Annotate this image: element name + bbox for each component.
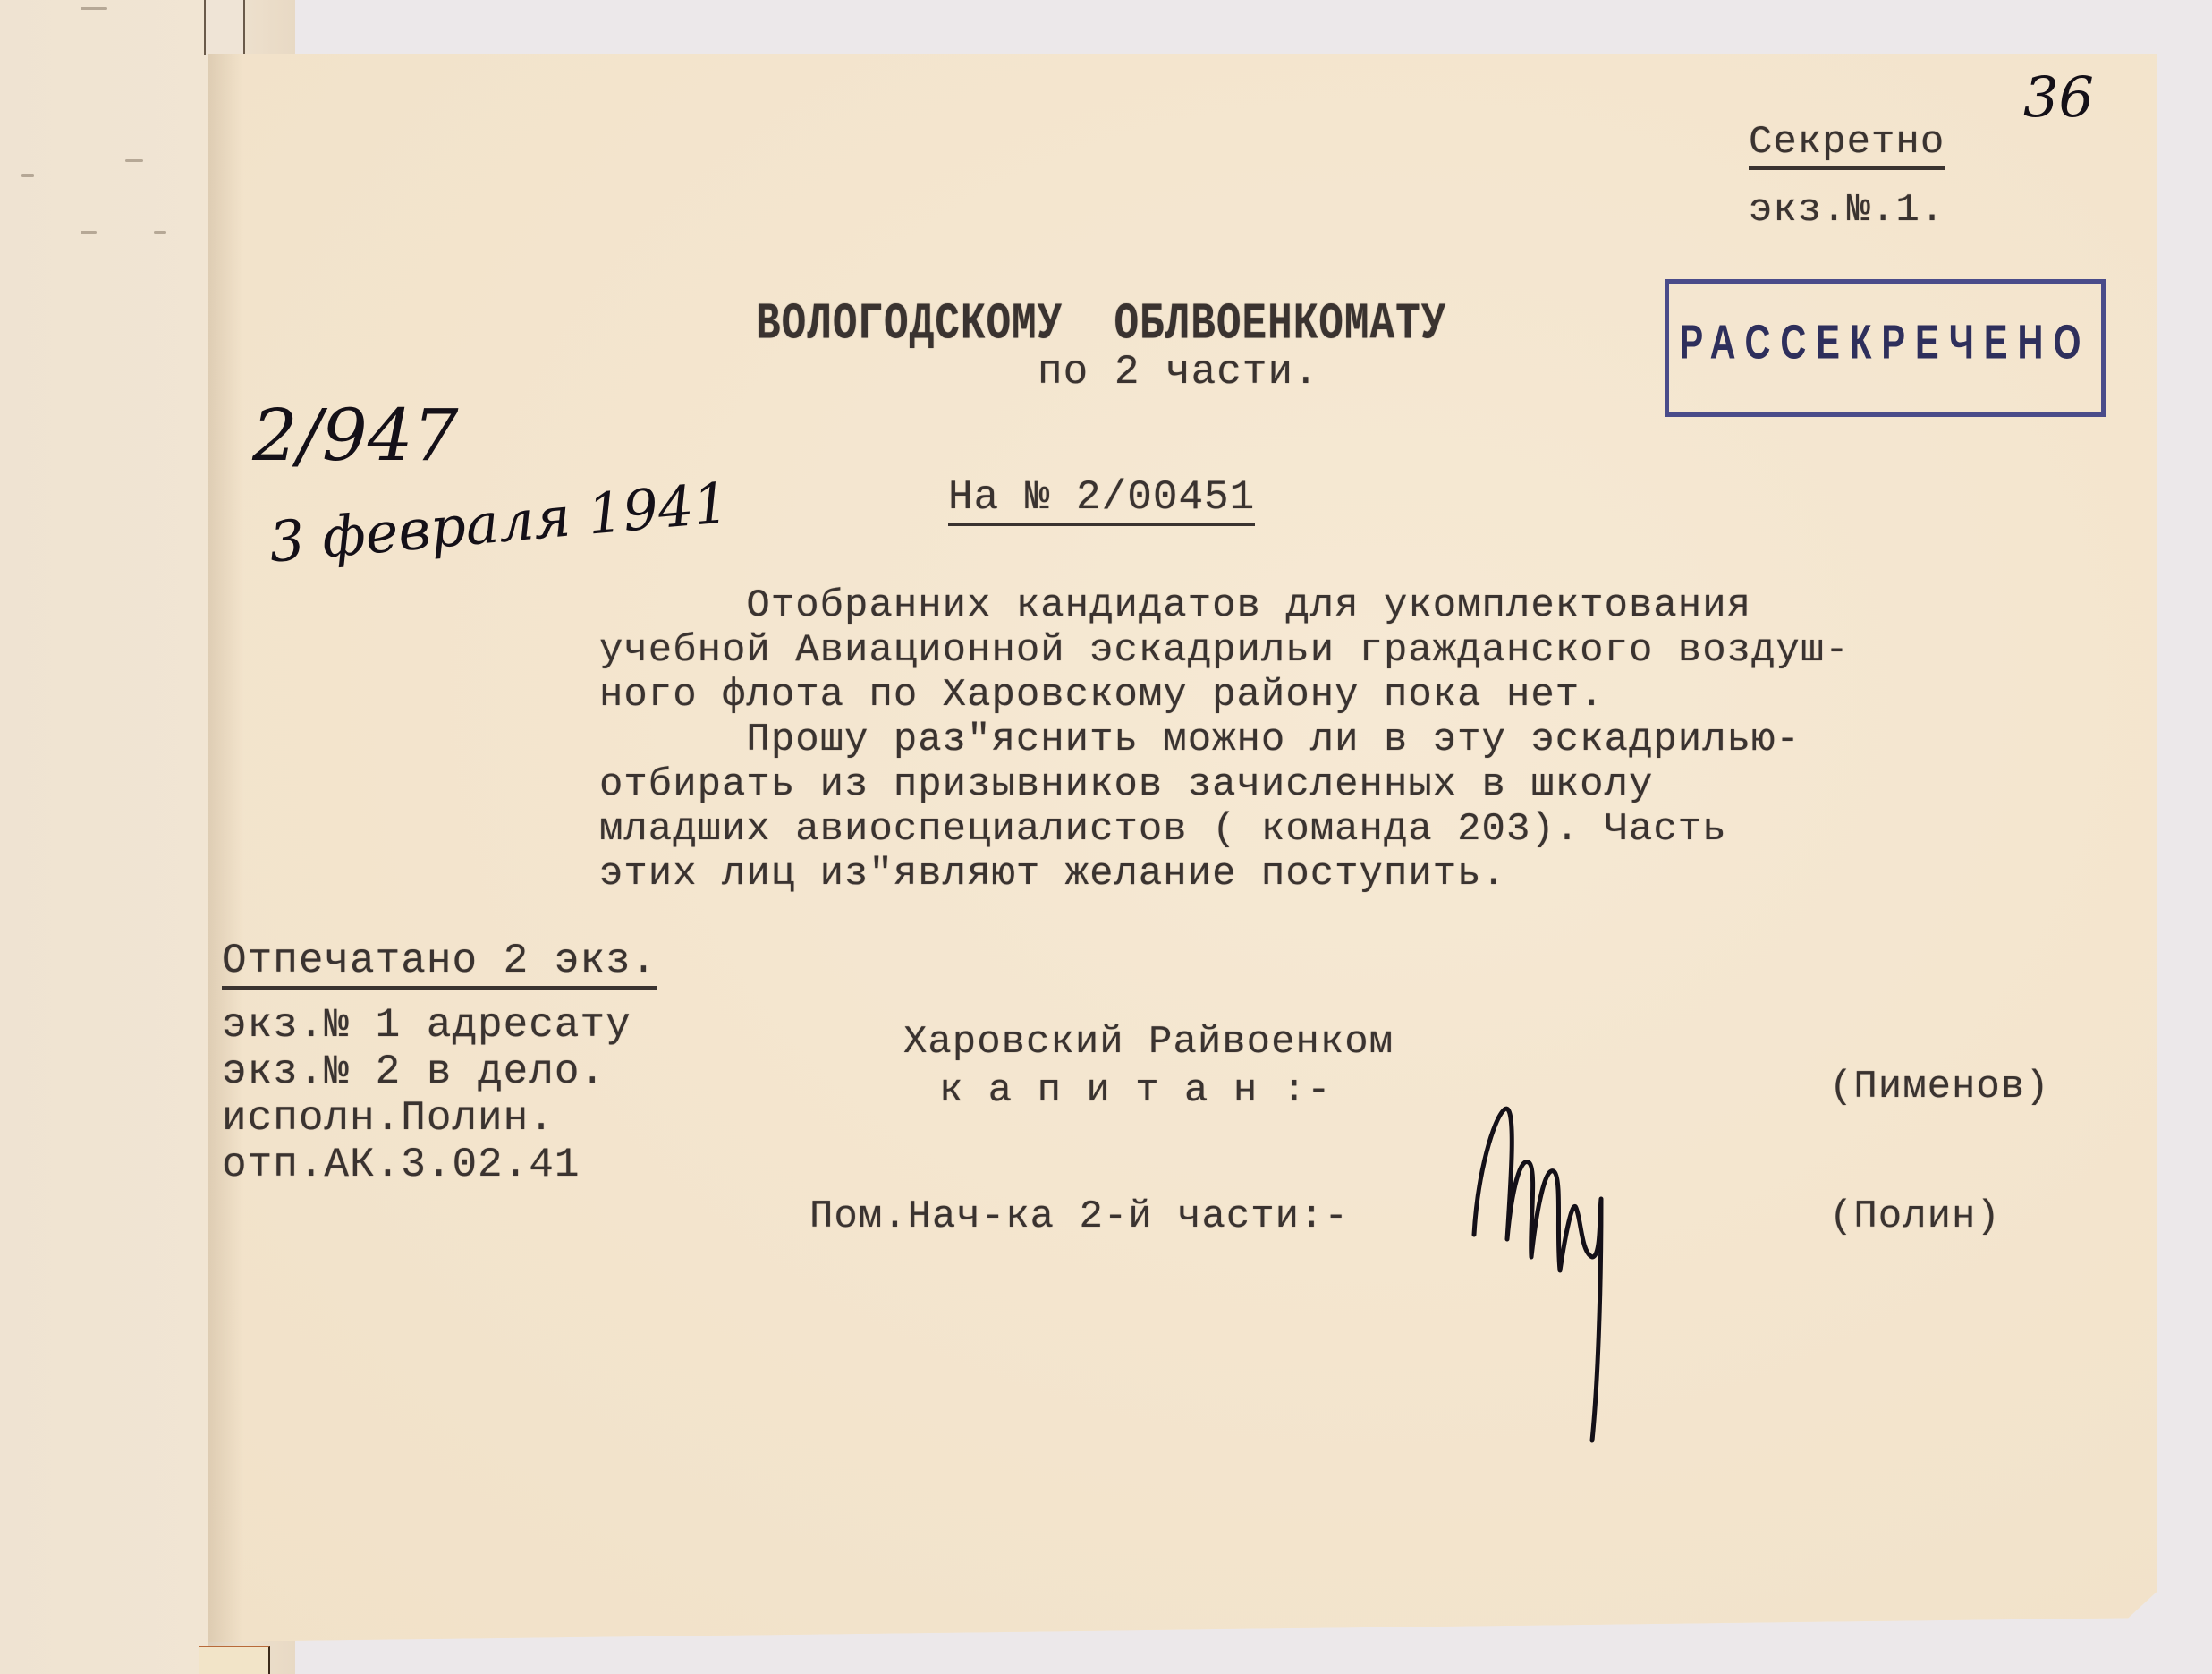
body-line: учебной Авиационной эскадрильи гражданск… xyxy=(599,628,1850,673)
reference-number: На № 2/00451 xyxy=(948,474,1255,526)
copies-printed: Отпечатано 2 экз. xyxy=(222,938,657,990)
addressee-line-2: по 2 части. xyxy=(1038,349,1319,395)
page-edge-strip xyxy=(204,0,245,55)
signatory-name: (Пименов) xyxy=(1829,1065,2050,1109)
body-line: ного флота по Харовскому району пока нет… xyxy=(599,673,1605,718)
stamp-text: РАССЕКРЕЧЕНО xyxy=(1669,316,2101,370)
body-line: этих лиц из"являют желание поступить. xyxy=(599,852,1506,896)
bleed-mark xyxy=(154,231,166,234)
body-line: младших авиоспециалистов ( команда 203).… xyxy=(599,807,1727,852)
distribution-line: экз.№ 1 адресату xyxy=(222,1002,631,1049)
classification-label: Секретно xyxy=(1749,120,1945,170)
body-line: Отобранних кандидатов для укомплектовани… xyxy=(599,583,1751,628)
signatory-title: Харовский Райвоенком xyxy=(903,1020,1394,1065)
signatory-title: Пом.Нач-ка 2-й части:- xyxy=(809,1194,1349,1239)
declassified-stamp: РАССЕКРЕЧЕНО xyxy=(1665,279,2106,417)
bleed-mark xyxy=(81,7,107,10)
bottom-tab xyxy=(199,1646,270,1674)
binding-fold xyxy=(208,54,243,1674)
signatory-rank: к а п и т а н :- xyxy=(939,1068,1331,1113)
addressee-line-1: ВОЛОГОДСКОМУ ОБЛВОЕНКОМАТУ xyxy=(756,295,1446,353)
bleed-mark xyxy=(125,159,143,162)
distribution-line: исполн.Полин. xyxy=(222,1095,555,1142)
page-number: 36 xyxy=(2023,64,2094,130)
bleed-mark xyxy=(81,231,97,234)
registration-number: 2/947 xyxy=(252,394,459,477)
bleed-mark xyxy=(21,174,34,177)
distribution-line: экз.№ 2 в дело. xyxy=(222,1049,606,1095)
body-line: Прошу раз"яснить можно ли в эту эскадрил… xyxy=(599,718,1801,762)
body-line: отбирать из призывников зачисленных в шк… xyxy=(599,762,1653,807)
copy-number: экз.№.1. xyxy=(1749,188,1945,233)
signature-icon xyxy=(1467,1100,1771,1458)
distribution-line: отп.АК.3.02.41 xyxy=(222,1142,580,1188)
signatory-name: (Полин) xyxy=(1829,1194,2001,1239)
